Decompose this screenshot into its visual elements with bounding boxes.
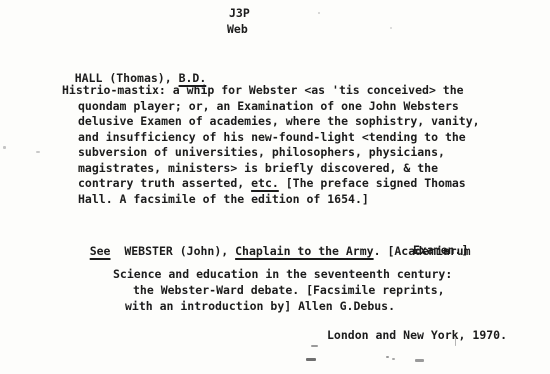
- scan-artifact: [311, 345, 318, 347]
- scan-artifact: [3, 146, 6, 149]
- entry-etc-underlined: etc.: [251, 176, 279, 190]
- entry-line: subversion of universities, philosophers…: [78, 145, 480, 161]
- entry-line: and insufficiency of his new-found-light…: [78, 130, 480, 146]
- classmark-shelf: J3P: [229, 6, 250, 22]
- classmark-code: Web: [227, 22, 250, 38]
- see-reference-continuation: Examen.]: [413, 243, 468, 259]
- see-label: See: [90, 244, 111, 258]
- second-entry-line: with an introduction by] Allen G.Debus.: [125, 299, 395, 315]
- see-target-title: Chaplain to the Army: [235, 244, 373, 258]
- second-entry-line: the Webster-Ward debate. [Facsimile repr…: [133, 283, 445, 299]
- scan-artifact: [36, 151, 40, 153]
- catalog-card-scan: J3P Web HALL (Thomas), B.D. Histrio-mast…: [0, 0, 550, 374]
- entry-line-segment: [The preface signed Thomas: [279, 176, 466, 190]
- scan-artifact: [306, 358, 316, 361]
- scan-artifact: [392, 358, 395, 360]
- entry-line: magistrates, ministers> is briefly disco…: [78, 161, 480, 177]
- scan-artifact: [455, 338, 456, 346]
- scan-artifact: [415, 359, 424, 362]
- main-entry: Histrio-mastix: a whip for Webster <as '…: [78, 83, 480, 207]
- second-entry-line: Science and education in the seventeenth…: [113, 267, 452, 283]
- entry-line: contrary truth asserted, etc. [The prefa…: [78, 176, 480, 192]
- entry-line: Histrio-mastix: a whip for Webster <as '…: [62, 83, 480, 99]
- imprint: London and New York, 1970.: [327, 328, 507, 344]
- scan-artifact: [386, 356, 389, 358]
- scan-artifact: [390, 27, 392, 29]
- see-target-author: WEBSTER (John),: [110, 244, 235, 258]
- entry-line-segment: contrary truth asserted,: [78, 176, 251, 190]
- entry-line: delusive Examen of academies, where the …: [78, 114, 480, 130]
- entry-line: quondam player; or, an Examination of on…: [78, 99, 480, 115]
- scan-artifact: [318, 12, 320, 14]
- entry-line: Hall. A facsimile of the edition of 1654…: [78, 192, 480, 208]
- classmark: J3P Web: [227, 6, 250, 37]
